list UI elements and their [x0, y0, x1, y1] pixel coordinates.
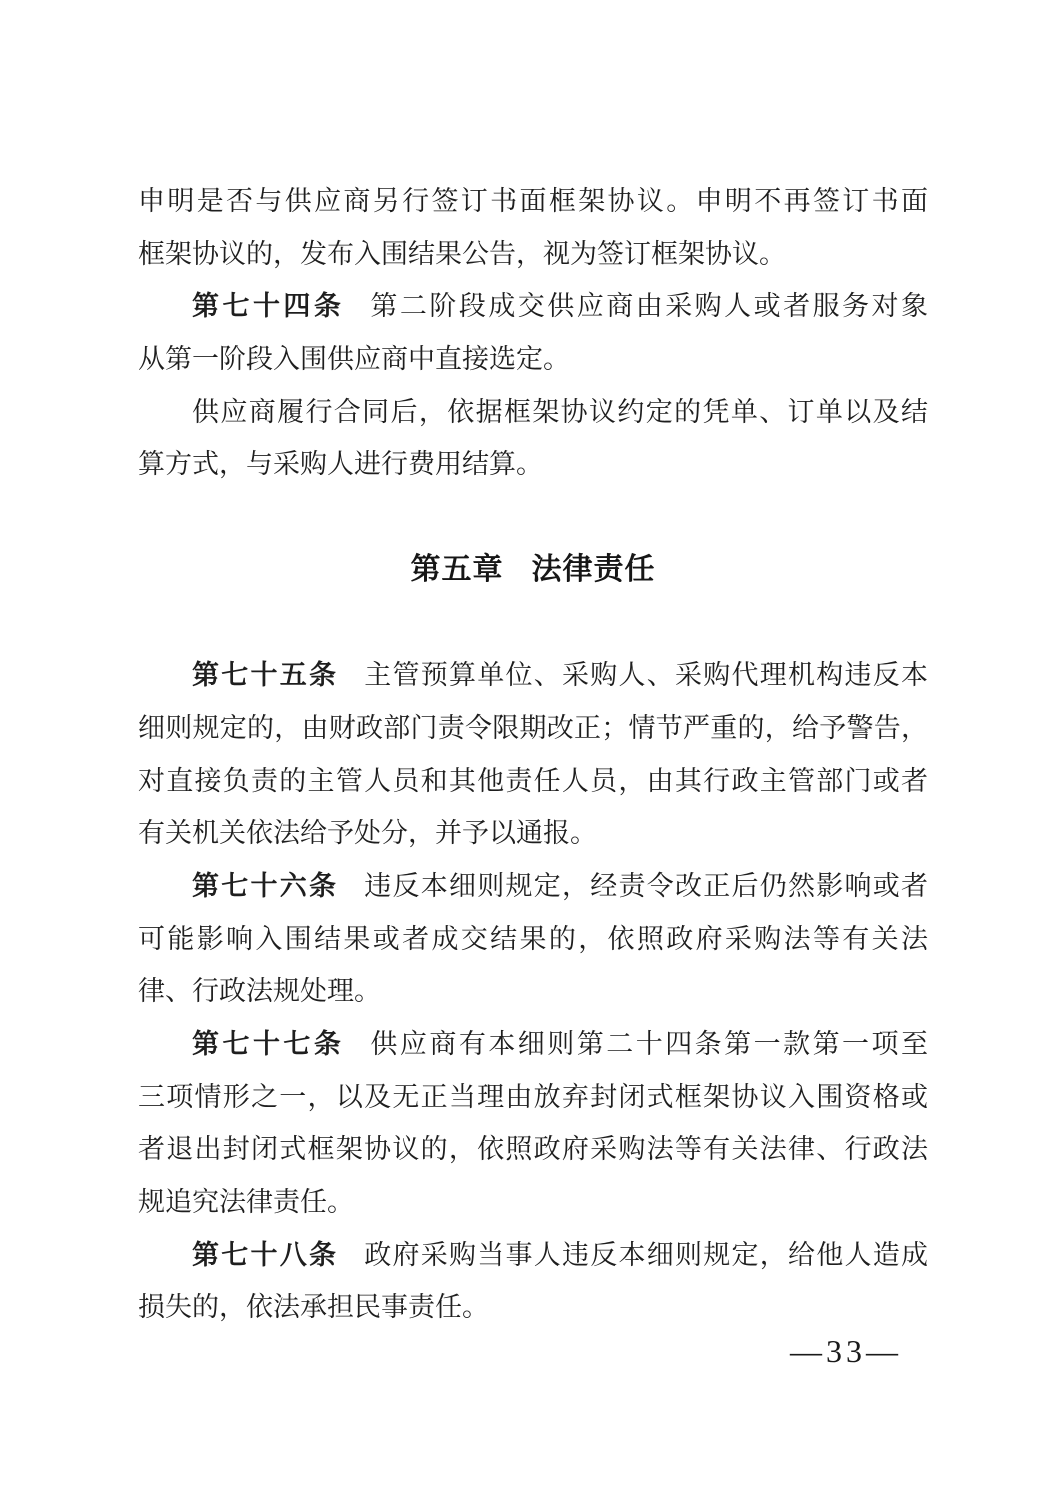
- chapter-title: 法律责任: [532, 553, 656, 586]
- article-number: 第七十八条: [192, 1240, 338, 1270]
- document-page: 申明是否与供应商另行签订书面框架协议。申明不再签订书面框架协议的，发布入围结果公…: [138, 175, 928, 1334]
- page-number: —33—: [790, 1334, 902, 1368]
- article-number: 第七十六条: [192, 871, 338, 901]
- text-line: 损失的，依法承担民事责任。: [138, 1281, 928, 1334]
- text-line: 第七十八条政府采购当事人违反本细则规定，给他人造成: [138, 1229, 928, 1282]
- text-line: 第七十五条主管预算单位、采购人、采购代理机构违反本: [138, 649, 928, 702]
- text-line: 有关机关依法给予处分，并予以通报。: [138, 807, 928, 860]
- text-line: 律、行政法规处理。: [138, 965, 928, 1018]
- text-line: 算方式，与采购人进行费用结算。: [138, 438, 928, 491]
- article-number: 第七十七条: [192, 1029, 344, 1059]
- text-line: 第七十七条供应商有本细则第二十四条第一款第一项至: [138, 1018, 928, 1071]
- text-line: 供应商履行合同后，依据框架协议约定的凭单、订单以及结: [138, 386, 928, 439]
- text-line: 规追究法律责任。: [138, 1176, 928, 1229]
- text-line: 第七十四条第二阶段成交供应商由采购人或者服务对象: [138, 280, 928, 333]
- chapter-number: 第五章: [411, 553, 504, 586]
- article-number: 第七十四条: [192, 291, 344, 321]
- text-line: 第七十六条违反本细则规定，经责令改正后仍然影响或者: [138, 860, 928, 913]
- text-line: 框架协议的，发布入围结果公告，视为签订框架协议。: [138, 228, 928, 281]
- text-line: 细则规定的，由财政部门责令限期改正；情节严重的，给予警告，: [138, 702, 928, 755]
- text-line: 对直接负责的主管人员和其他责任人员，由其行政主管部门或者: [138, 755, 928, 808]
- chapter-heading: 第五章法律责任: [138, 544, 928, 597]
- text-line: 从第一阶段入围供应商中直接选定。: [138, 333, 928, 386]
- text-line: 三项情形之一，以及无正当理由放弃封闭式框架协议入围资格或: [138, 1071, 928, 1124]
- text-line: 者退出封闭式框架协议的，依照政府采购法等有关法律、行政法: [138, 1123, 928, 1176]
- text-line: 申明是否与供应商另行签订书面框架协议。申明不再签订书面: [138, 175, 928, 228]
- article-number: 第七十五条: [192, 660, 338, 690]
- text-line: 可能影响入围结果或者成交结果的，依照政府采购法等有关法: [138, 913, 928, 966]
